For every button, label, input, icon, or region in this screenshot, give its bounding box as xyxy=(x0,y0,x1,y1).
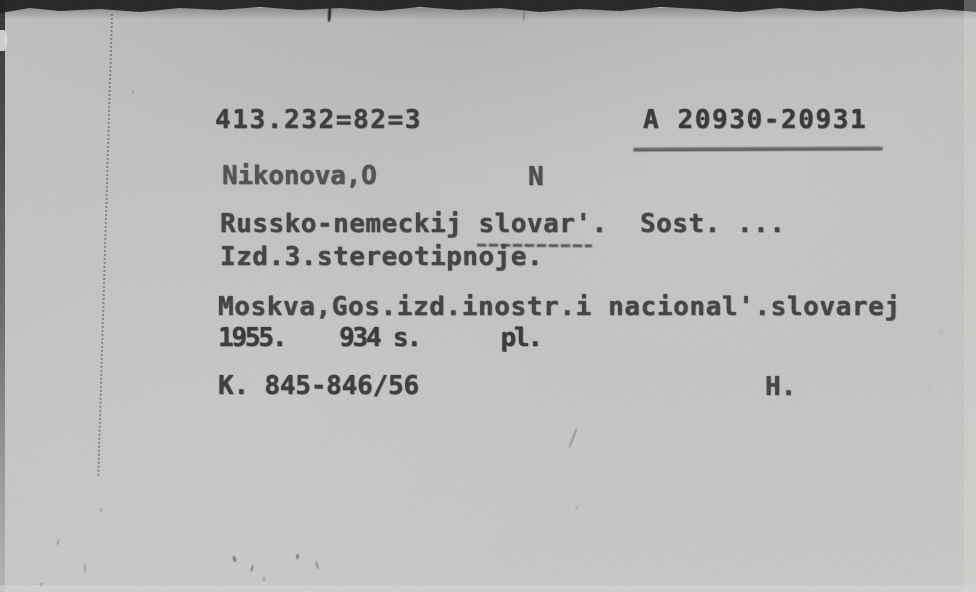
paper-speck xyxy=(56,539,59,545)
edition-line: Izd.3.stereotipnoje. xyxy=(220,244,543,270)
paper-speck xyxy=(232,556,237,563)
catalog-card-scan: 413.232=82=3 A 20930-20931 Nikonova,O N … xyxy=(0,0,976,592)
paper-speck xyxy=(296,554,299,559)
right-edge-highlight xyxy=(964,0,976,592)
paper-speck xyxy=(40,583,43,586)
paper-speck xyxy=(315,561,319,569)
accession-number: A 20930-20931 xyxy=(643,107,867,133)
paper-speck xyxy=(84,564,87,573)
paper-speck xyxy=(250,565,253,572)
paper-speck xyxy=(575,505,579,510)
left-edge-notch xyxy=(0,30,7,51)
left-edge xyxy=(0,0,5,592)
classification-number: 413.232=82=3 xyxy=(215,107,422,133)
perforation-fold-line xyxy=(97,14,113,476)
paper-speck xyxy=(568,427,578,448)
collation-line: 1955. 934 s. pl. xyxy=(218,325,541,351)
accession-underline xyxy=(633,146,883,151)
paper-speck xyxy=(263,577,265,581)
order-number: K. 845-846/56 xyxy=(218,373,419,399)
paper-speck xyxy=(132,90,134,94)
paper-speck xyxy=(928,388,930,390)
paper-speck xyxy=(940,330,942,333)
title-pre: Russko-nemeckij xyxy=(220,209,478,239)
author-name: Nikonova,O xyxy=(222,163,377,189)
imprint-line: Moskva,Gos.izd.inostr.i nacional'.slovar… xyxy=(218,294,901,320)
title-line: Russko-nemeckij slovar'. Sost. ... xyxy=(220,211,785,237)
bottom-edge-highlight xyxy=(0,585,976,592)
filing-letter: N xyxy=(528,164,544,190)
title-underlined-word: slovar' xyxy=(478,209,591,239)
title-post: . Sost. ... xyxy=(592,209,786,239)
top-edge-shadow xyxy=(0,8,976,20)
cataloguer-initial: H. xyxy=(765,374,796,400)
paper-speck xyxy=(100,508,102,512)
